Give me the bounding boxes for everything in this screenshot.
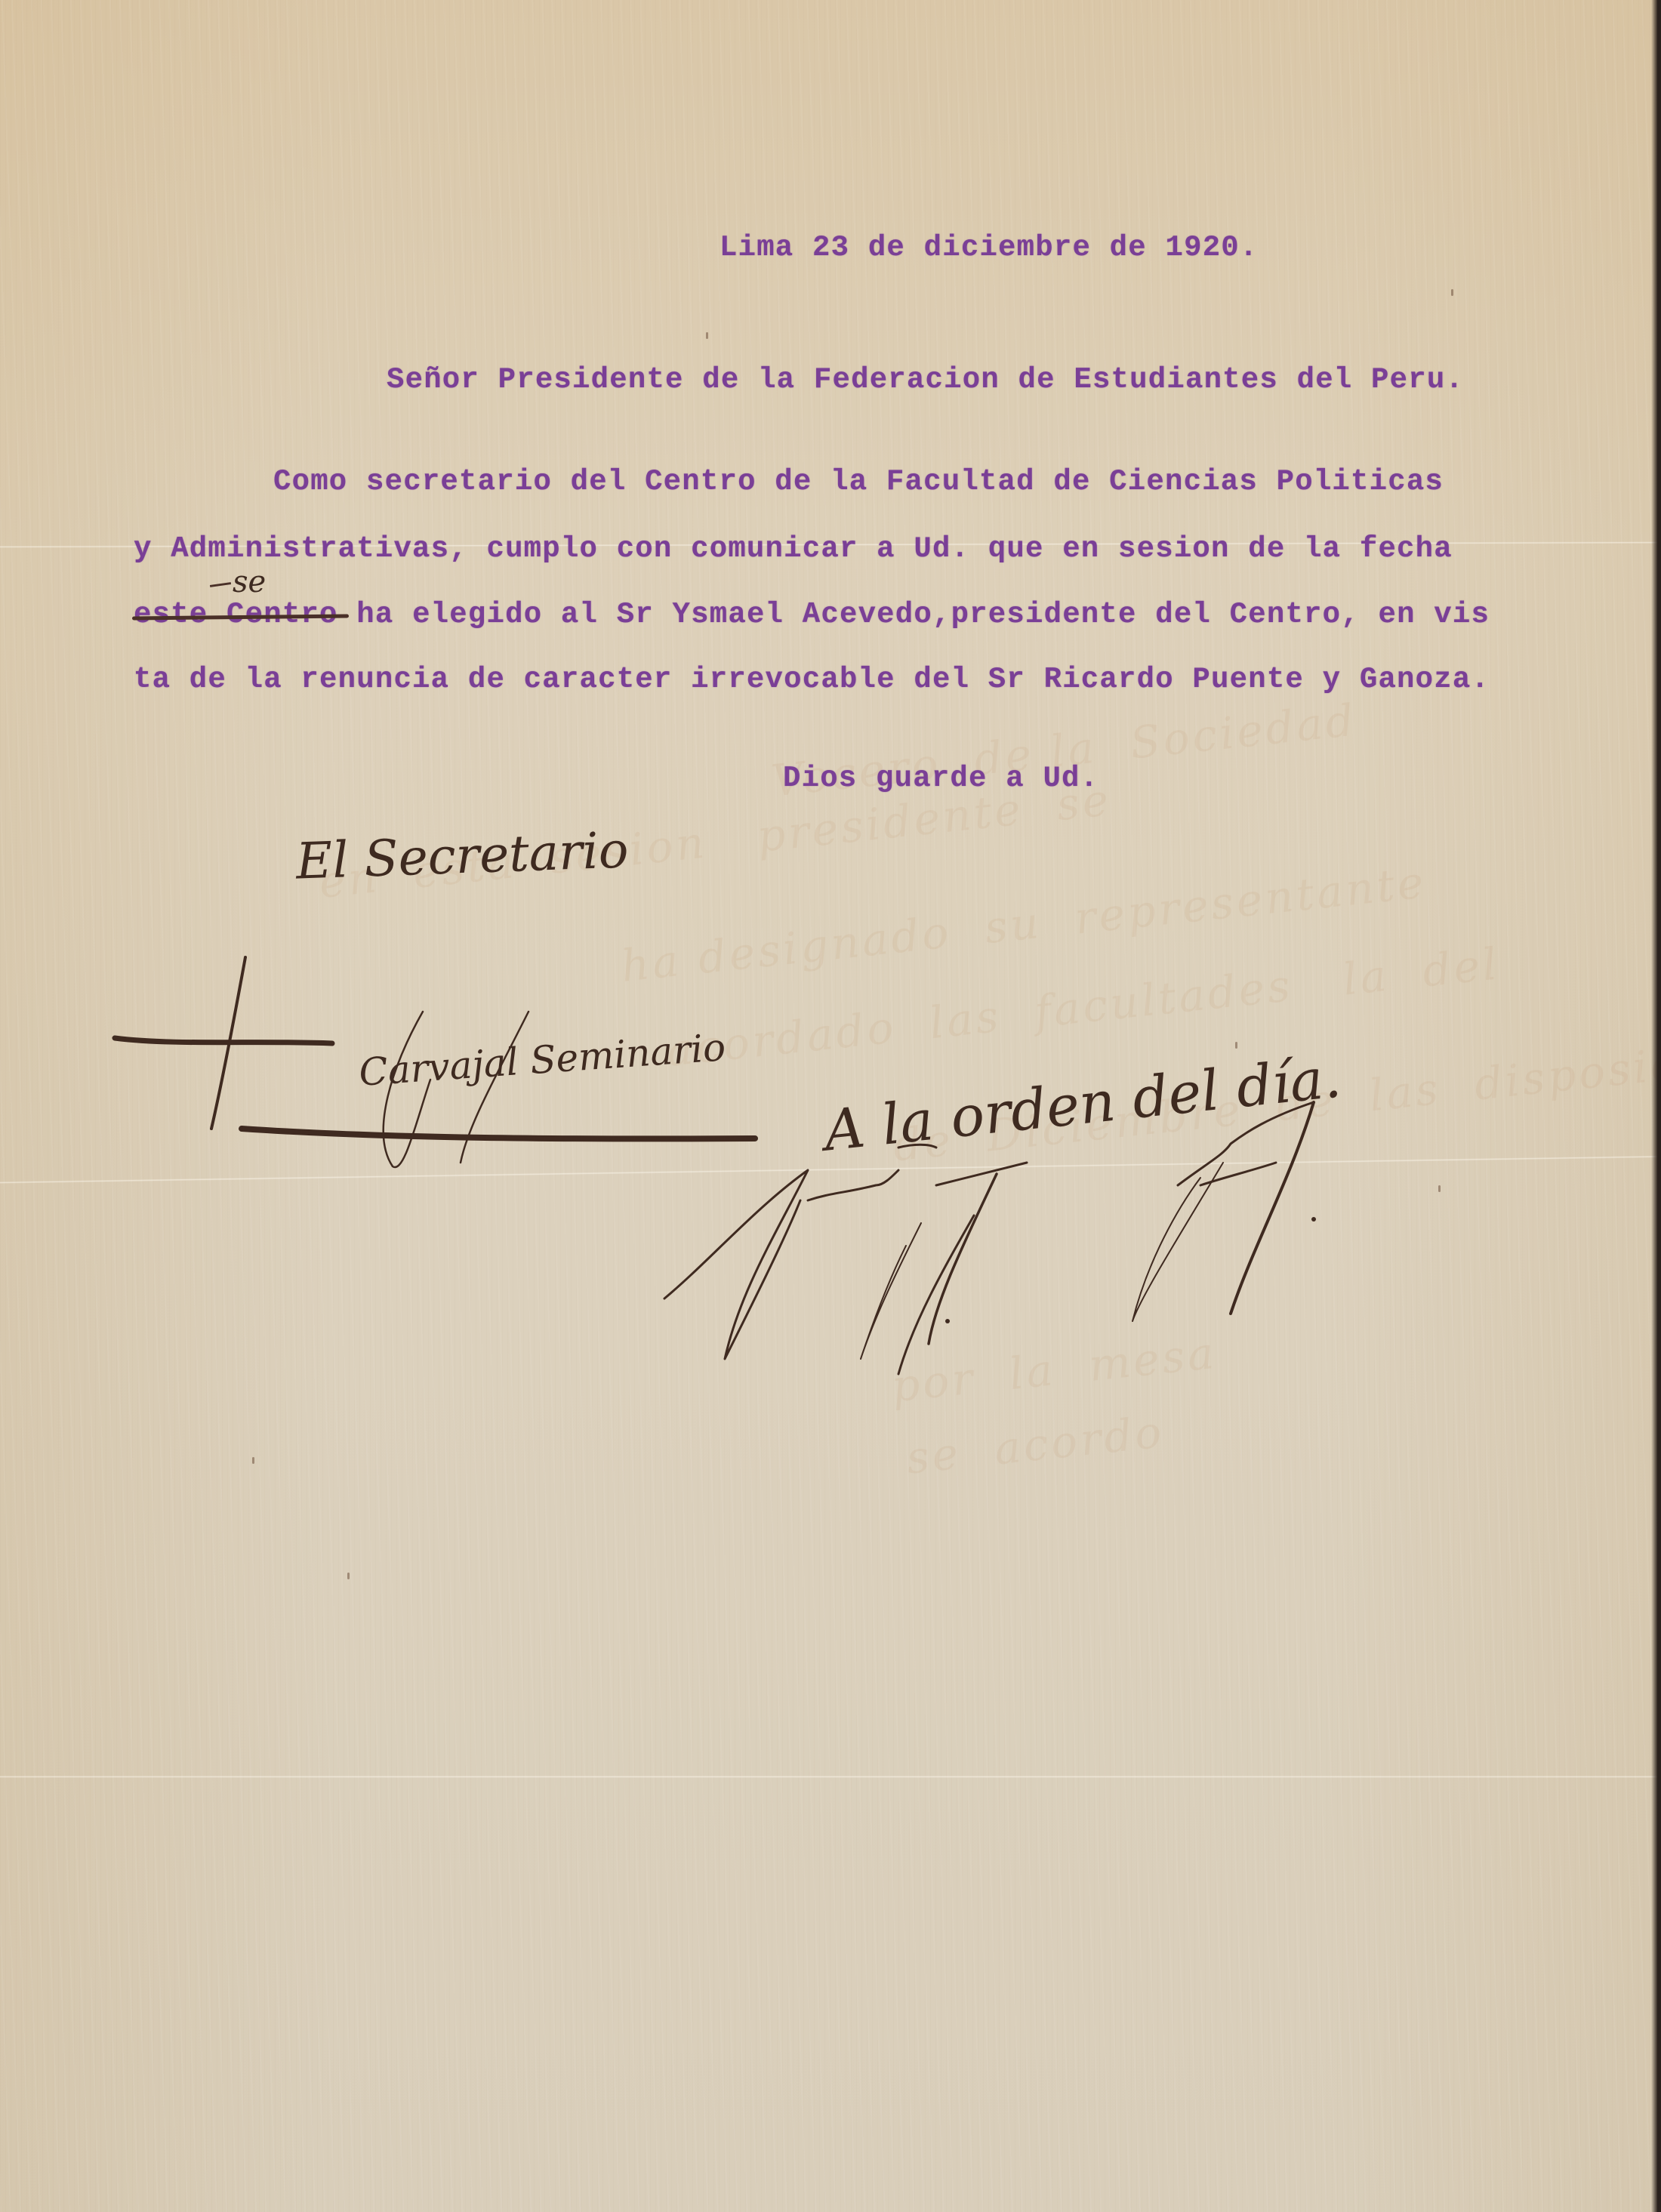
paper-speck [347,1573,350,1579]
paper-speck [1235,1042,1237,1049]
secretary-title: El Secretario [295,821,630,890]
body-line-3: este Centro ha elegido al Sr Ysmael Acev… [134,598,1490,631]
body-line-3-rest: ha elegido al Sr Ysmael Acevedo,presiden… [338,598,1490,631]
body-line-4: ta de la renuncia de caracter irrevocabl… [134,663,1490,696]
date-line: Lima 23 de diciembre de 1920. [720,231,1259,264]
closing-line: Dios guarde a Ud. [783,762,1099,795]
page-edge-shadow [1651,0,1657,2212]
body-line-2: y Administrativas, cumplo con comunicar … [134,532,1453,565]
handwritten-insertion: se [210,565,266,599]
initials-rubrics [649,1072,1465,1434]
paper-speck [1451,289,1453,296]
caret-mark [210,582,231,587]
struck-text: este Centro [134,598,338,631]
addressee-line: Señor Presidente de la Federacion de Est… [387,363,1464,396]
paper-speck [706,332,708,339]
insertion-text: se [233,565,266,599]
letter-page: Vocero de la Sociedad en esta sesion pre… [0,0,1657,2212]
body-line-1: Como secretario del Centro de la Faculta… [273,465,1444,498]
paper-fold [0,1776,1657,1778]
paper-speck [252,1457,254,1464]
